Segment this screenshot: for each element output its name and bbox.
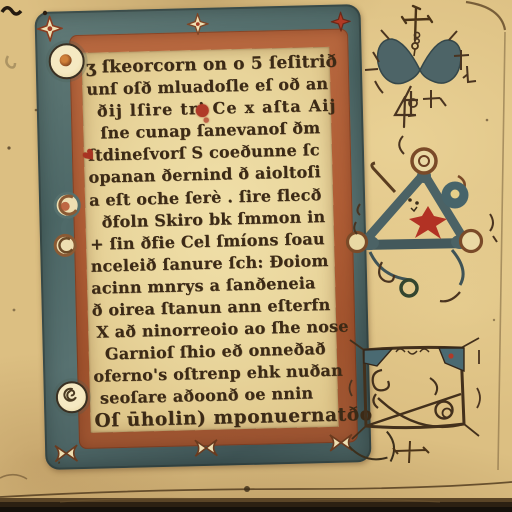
small-cross-icon <box>388 438 434 468</box>
cartouche-seal-icon <box>346 336 490 448</box>
illuminated-frame: ʒ ſkeorcorn on o 5 ſeſitrið unſ oſð mlua… <box>34 4 371 470</box>
red-ink-drip: ● <box>203 116 209 124</box>
triangle-emblem-icon <box>340 142 512 310</box>
manuscript-photo: ʒ ſkeorcorn on o 5 ſeſitrið unſ oſð mlua… <box>0 0 512 512</box>
